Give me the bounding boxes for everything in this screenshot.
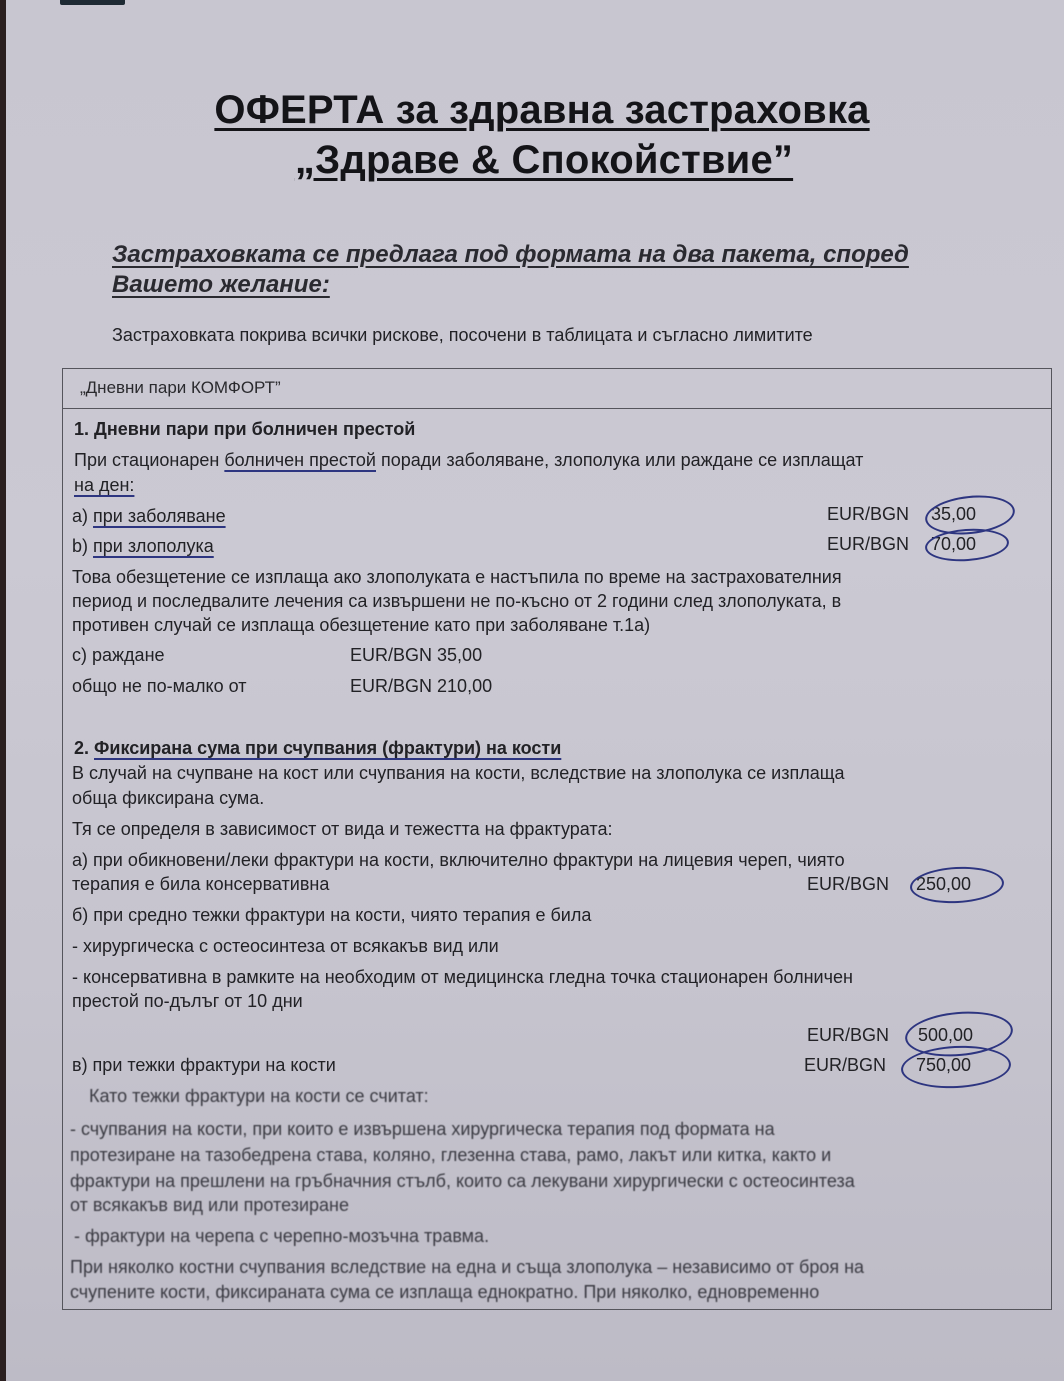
total-currency: EUR/BGN [350, 676, 432, 696]
ink-underline: при заболяване [93, 506, 226, 526]
section2-heading: 2. Фиксирана сума при счупвания (фрактур… [74, 738, 561, 759]
severe-intro: Като тежки фрактури на кости се считат: [89, 1086, 429, 1107]
item-b-line2: - хирургическа с остеосинтеза от всякакъ… [72, 936, 499, 957]
item-accident-label: b) при злополука [72, 536, 214, 557]
package-header: „Дневни пари КОМФОРТ” [63, 369, 1051, 409]
item-b-currency: EUR/BGN [807, 1025, 889, 1046]
total-label: общо не по-малко от [72, 676, 246, 697]
childbirth-label: c) раждане [72, 645, 165, 666]
intro-text: Застраховката покрива всички рискове, по… [112, 325, 813, 346]
item-c-currency: EUR/BGN [804, 1055, 886, 1076]
ink-circle-accident [924, 526, 1010, 564]
severe-line-2: протезиране на тазобедрена става, коляно… [70, 1145, 831, 1166]
item-a-line2: терапия е била консервативна [72, 874, 329, 895]
note-line-2: период и последвалите лечения са извърше… [72, 591, 841, 612]
item-c-label: в) при тежки фрактури на кости [72, 1055, 336, 1076]
multiple-line-1: При няколко костни счупвания вследствие … [70, 1257, 864, 1278]
section1-desc-1-text: При стационарен болничен престой поради … [74, 450, 863, 470]
section1-desc-1: При стационарен болничен престой поради … [74, 450, 863, 471]
severe-line-1: - счупвания на кости, при които е извърш… [70, 1119, 775, 1140]
photo-edge [0, 0, 6, 1381]
total-amount: 210,00 [437, 676, 492, 696]
item-a-currency: EUR/BGN [807, 874, 889, 895]
section2-desc-1: В случай на счупване на кост или счупван… [72, 763, 845, 784]
product-name: „Здраве & Спокойствие” [12, 138, 1064, 183]
section2-title: Фиксирана сума при счупвания (фрактури) … [94, 738, 561, 758]
ink-underline-hospital-stay: болничен престой [224, 450, 376, 470]
item-b-line4: престой по-дълъг от 10 дни [72, 991, 303, 1012]
item-b-line3: - консервативна в рамките на необходим о… [72, 967, 853, 988]
item-illness-label: а) при заболяване [72, 506, 226, 527]
package-table: „Дневни пари КОМФОРТ” 1. Дневни пари при… [62, 368, 1052, 1310]
section2-num: 2. [74, 738, 94, 758]
item-b-line1: б) при средно тежки фрактури на кости, ч… [72, 905, 591, 926]
childbirth-currency: EUR/BGN [350, 645, 432, 665]
item-a-line1: а) при обикновени/леки фрактури на кости… [72, 850, 845, 871]
multiple-line-2: счупените кости, фиксираната сума се изп… [70, 1282, 819, 1303]
ink-circle-item-a [909, 865, 1005, 906]
note-line-1: Това обезщетение се изплаща ако злополук… [72, 567, 842, 588]
section2-desc-2: обща фиксирана сума. [72, 788, 264, 809]
severe-line-4: от всякакъв вид или протезиране [70, 1195, 349, 1216]
package-name: „Дневни пари КОМФОРТ” [80, 378, 281, 398]
severe-line-3: фрактури на прешлени на гръбначния стълб… [70, 1171, 855, 1192]
childbirth-value: EUR/BGN 35,00 [350, 645, 482, 666]
total-value: EUR/BGN 210,00 [350, 676, 492, 697]
subtitle: Застраховката се предлага под формата на… [112, 240, 1012, 300]
section1-heading: 1. Дневни пари при болничен престой [74, 419, 415, 440]
document-title: ОФЕРТА за здравна застраховка [10, 88, 1064, 133]
item-accident-currency: EUR/BGN [827, 534, 909, 555]
ink-underline: при злополука [93, 536, 214, 556]
item-illness-currency: EUR/BGN [827, 504, 909, 525]
section1-desc-2: на ден: [74, 475, 134, 496]
skull-line: - фрактури на черепа с черепно-мозъчна т… [74, 1226, 489, 1247]
note-line-3: противен случай се изплаща обезщетение к… [72, 615, 650, 636]
determined-text: Тя се определя в зависимост от вида и те… [72, 819, 612, 840]
paper-clip [60, 0, 125, 5]
childbirth-amount: 35,00 [437, 645, 482, 665]
